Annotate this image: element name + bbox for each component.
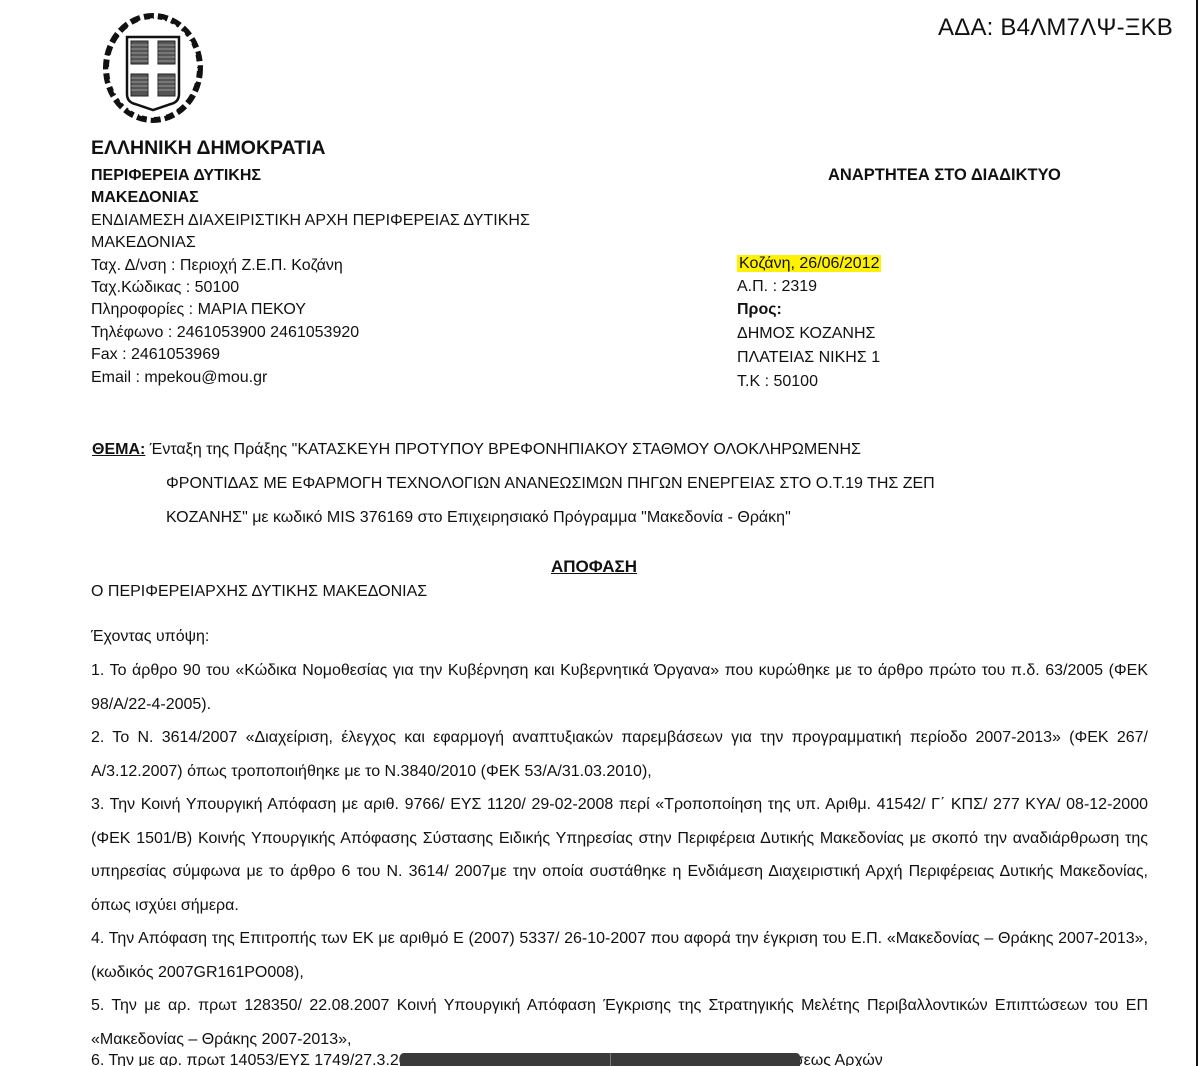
country-title: ΕΛΛΗΝΙΚΗ ΔΗΜΟΚΡΑΤΙΑ xyxy=(91,137,326,160)
highlighted-date: Κοζάνη, 26/06/2012 xyxy=(737,255,881,272)
authority-line-2: ΜΑΚΕΔΟΝΙΑΣ xyxy=(91,232,196,254)
postal-code: Ταχ.Κώδικας : 50100 xyxy=(91,277,239,299)
decision-title: ΑΠΟΦΑΣΗ xyxy=(551,557,637,577)
decision-issuer: Ο ΠΕΡΙΦΕΡΕΙΑΡΧΗΣ ΔΥΤΙΚΗΣ ΜΑΚΕΔΟΝΙΑΣ xyxy=(91,583,1147,601)
considering-label: Έχοντας υπόψη: xyxy=(91,628,1147,646)
consideration-item: 4. Την Απόφαση της Επιτροπής των ΕΚ με α… xyxy=(91,922,1148,989)
recipient-postal: Τ.Κ : 50100 xyxy=(737,370,818,394)
region-line-2: ΜΑΚΕΔΟΝΙΑΣ xyxy=(91,187,199,209)
greek-coat-of-arms-icon xyxy=(98,4,208,130)
page-right-border xyxy=(1196,0,1198,1066)
address: Ταχ. Δ/νση : Περιοχή Ζ.Ε.Π. Κοζάνη xyxy=(91,255,343,277)
subject-line-2: ΦΡΟΝΤΙΔΑΣ ΜΕ ΕΦΑΡΜΟΓΗ ΤΕΧΝΟΛΟΓΙΩΝ ΑΝΑΝΕΩ… xyxy=(92,467,1092,501)
email[interactable]: Email : mpekou@mou.gr xyxy=(91,367,267,389)
ada-code: ΑΔΑ: Β4ΛΜ7ΛΨ-ΞΚΒ xyxy=(938,14,1173,42)
consideration-item: 3. Την Κοινή Υπουργική Απόφαση με αριθ. … xyxy=(91,788,1148,922)
place-date: Κοζάνη, 26/06/2012 xyxy=(737,252,881,276)
region-line-1: ΠΕΡΙΦΕΡΕΙΑ ΔΥΤΙΚΗΣ xyxy=(91,165,261,187)
subject-block: ΘΕΜΑ: Ένταξη της Πράξης "ΚΑΤΑΣΚΕΥΗ ΠΡΟΤΥ… xyxy=(92,433,1092,535)
contact-info: Πληροφορίες : ΜΑΡΙΑ ΠΕΚΟΥ xyxy=(91,299,306,321)
publish-notice: ΑΝΑΡΤΗΤΕΑ ΣΤΟ ΔΙΑΔΙΚΤΥΟ xyxy=(828,166,1061,185)
recipient-name: ΔΗΜΟΣ ΚΟΖΑΝΗΣ xyxy=(737,322,875,346)
considerations-list: 1. Το άρθρο 90 του «Κώδικα Νομοθεσίας γι… xyxy=(91,654,1148,1056)
subject-label: ΘΕΜΑ: xyxy=(92,441,145,458)
recipient-street: ΠΛΑΤΕΙΑΣ ΝΙΚΗΣ 1 xyxy=(737,346,880,370)
consideration-item: 2. Το Ν. 3614/2007 «Διαχείριση, έλεγχος … xyxy=(91,721,1148,788)
to-label: Προς: xyxy=(737,298,782,322)
consideration-item: 5. Την με αρ. πρωτ 128350/ 22.08.2007 Κο… xyxy=(91,989,1148,1056)
subject-line-1: Ένταξη της Πράξης "ΚΑΤΑΣΚΕΥΗ ΠΡΟΤΥΠΟΥ ΒΡ… xyxy=(145,441,861,458)
floating-toolbar[interactable] xyxy=(400,1053,800,1066)
toolbar-divider xyxy=(610,1053,611,1066)
protocol-number: Α.Π. : 2319 xyxy=(737,275,817,299)
subject-line-3: ΚΟΖΑΝΗΣ" με κωδικό MIS 376169 στο Επιχει… xyxy=(92,501,1092,535)
fax: Fax : 2461053969 xyxy=(91,344,220,366)
phone: Τηλέφωνο : 2461053900 2461053920 xyxy=(91,322,359,344)
authority-line-1: ΕΝΔΙΑΜΕΣΗ ΔΙΑΧΕΙΡΙΣΤΙΚΗ ΑΡΧΗ ΠΕΡΙΦΕΡΕΙΑΣ… xyxy=(91,210,530,232)
consideration-item: 1. Το άρθρο 90 του «Κώδικα Νομοθεσίας γι… xyxy=(91,654,1148,721)
